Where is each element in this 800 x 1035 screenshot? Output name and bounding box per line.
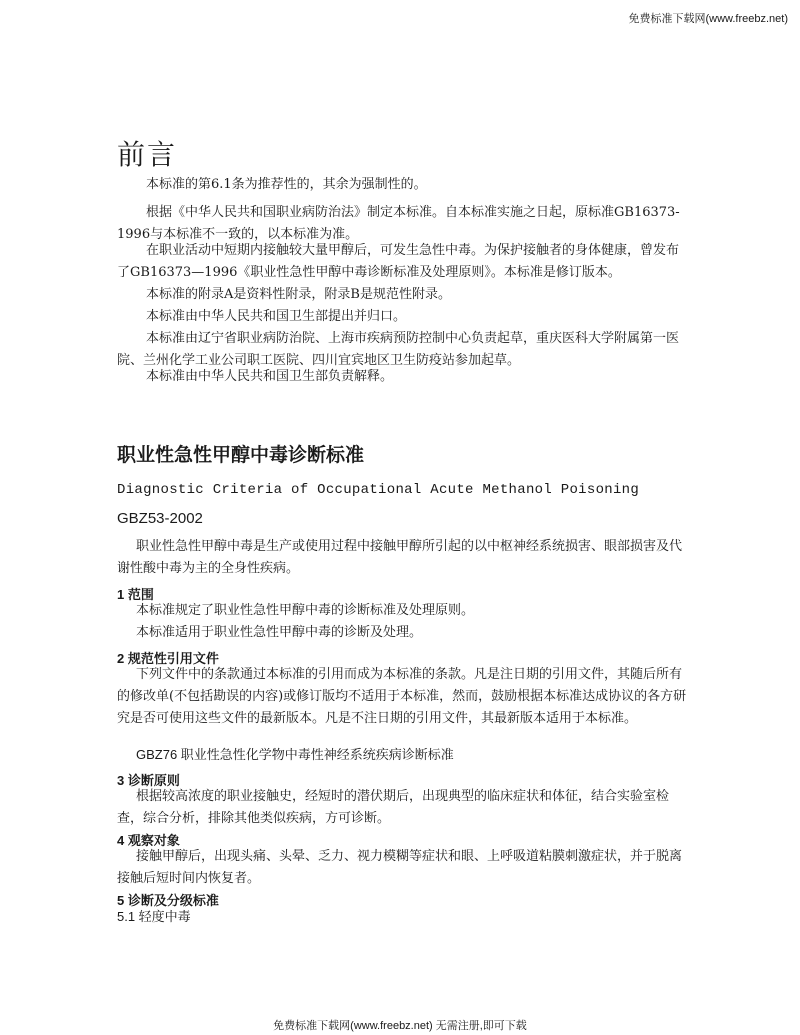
subsection-heading: 5.1 轻度中毒 — [117, 906, 191, 928]
section-line: 本标准适用于职业性急性甲醇中毒的诊断及处理。 — [136, 622, 686, 644]
standard-code: GBZ53-2002 — [117, 510, 203, 527]
foreword-paragraph: 在职业活动中短期内接触较大量甲醇后，可发生急性中毒。为保护接触者的身体健康，曾发… — [117, 240, 687, 284]
section-body: 接触甲醇后，出现头痛、头晕、乏力、视力模糊等症状和眼、上呼吸道粘膜刺激症状，并于… — [117, 846, 687, 890]
intro-paragraph: 职业性急性甲醇中毒是生产或使用过程中接触甲醇所引起的以中枢神经系统损害、眼部损害… — [117, 536, 687, 580]
section-body: 下列文件中的条款通过本标准的引用而成为本标准的条款。凡是注日期的引用文件，其随后… — [117, 664, 687, 730]
section-line: 本标准规定了职业性急性甲醇中毒的诊断标准及处理原则。 — [136, 600, 686, 622]
foreword-paragraph: 本标准由中华人民共和国卫生部负责解释。 — [146, 366, 393, 388]
reference-item: GBZ76 职业性急性化学物中毒性神经系统疾病诊断标准 — [136, 744, 686, 766]
standard-title: 职业性急性甲醇中毒诊断标准 — [117, 440, 364, 467]
header-watermark: 免费标准下载网(www.freebz.net) — [628, 10, 788, 26]
footer-watermark: 免费标准下载网(www.freebz.net) 无需注册,即可下载 — [0, 1017, 800, 1033]
foreword-paragraph: 本标准由中华人民共和国卫生部提出并归口。 — [146, 306, 406, 328]
foreword-title: 前言 — [117, 133, 177, 173]
english-title: Diagnostic Criteria of Occupational Acut… — [117, 482, 639, 498]
foreword-paragraph: 本标准的第6.1条为推荐性的，其余为强制性的。 — [146, 174, 427, 196]
section-body: 根据较高浓度的职业接触史，经短时的潜伏期后，出现典型的临床症状和体征，结合实验室… — [117, 786, 687, 830]
foreword-paragraph: 本标准的附录A是资料性附录，附录B是规范性附录。 — [146, 284, 451, 306]
